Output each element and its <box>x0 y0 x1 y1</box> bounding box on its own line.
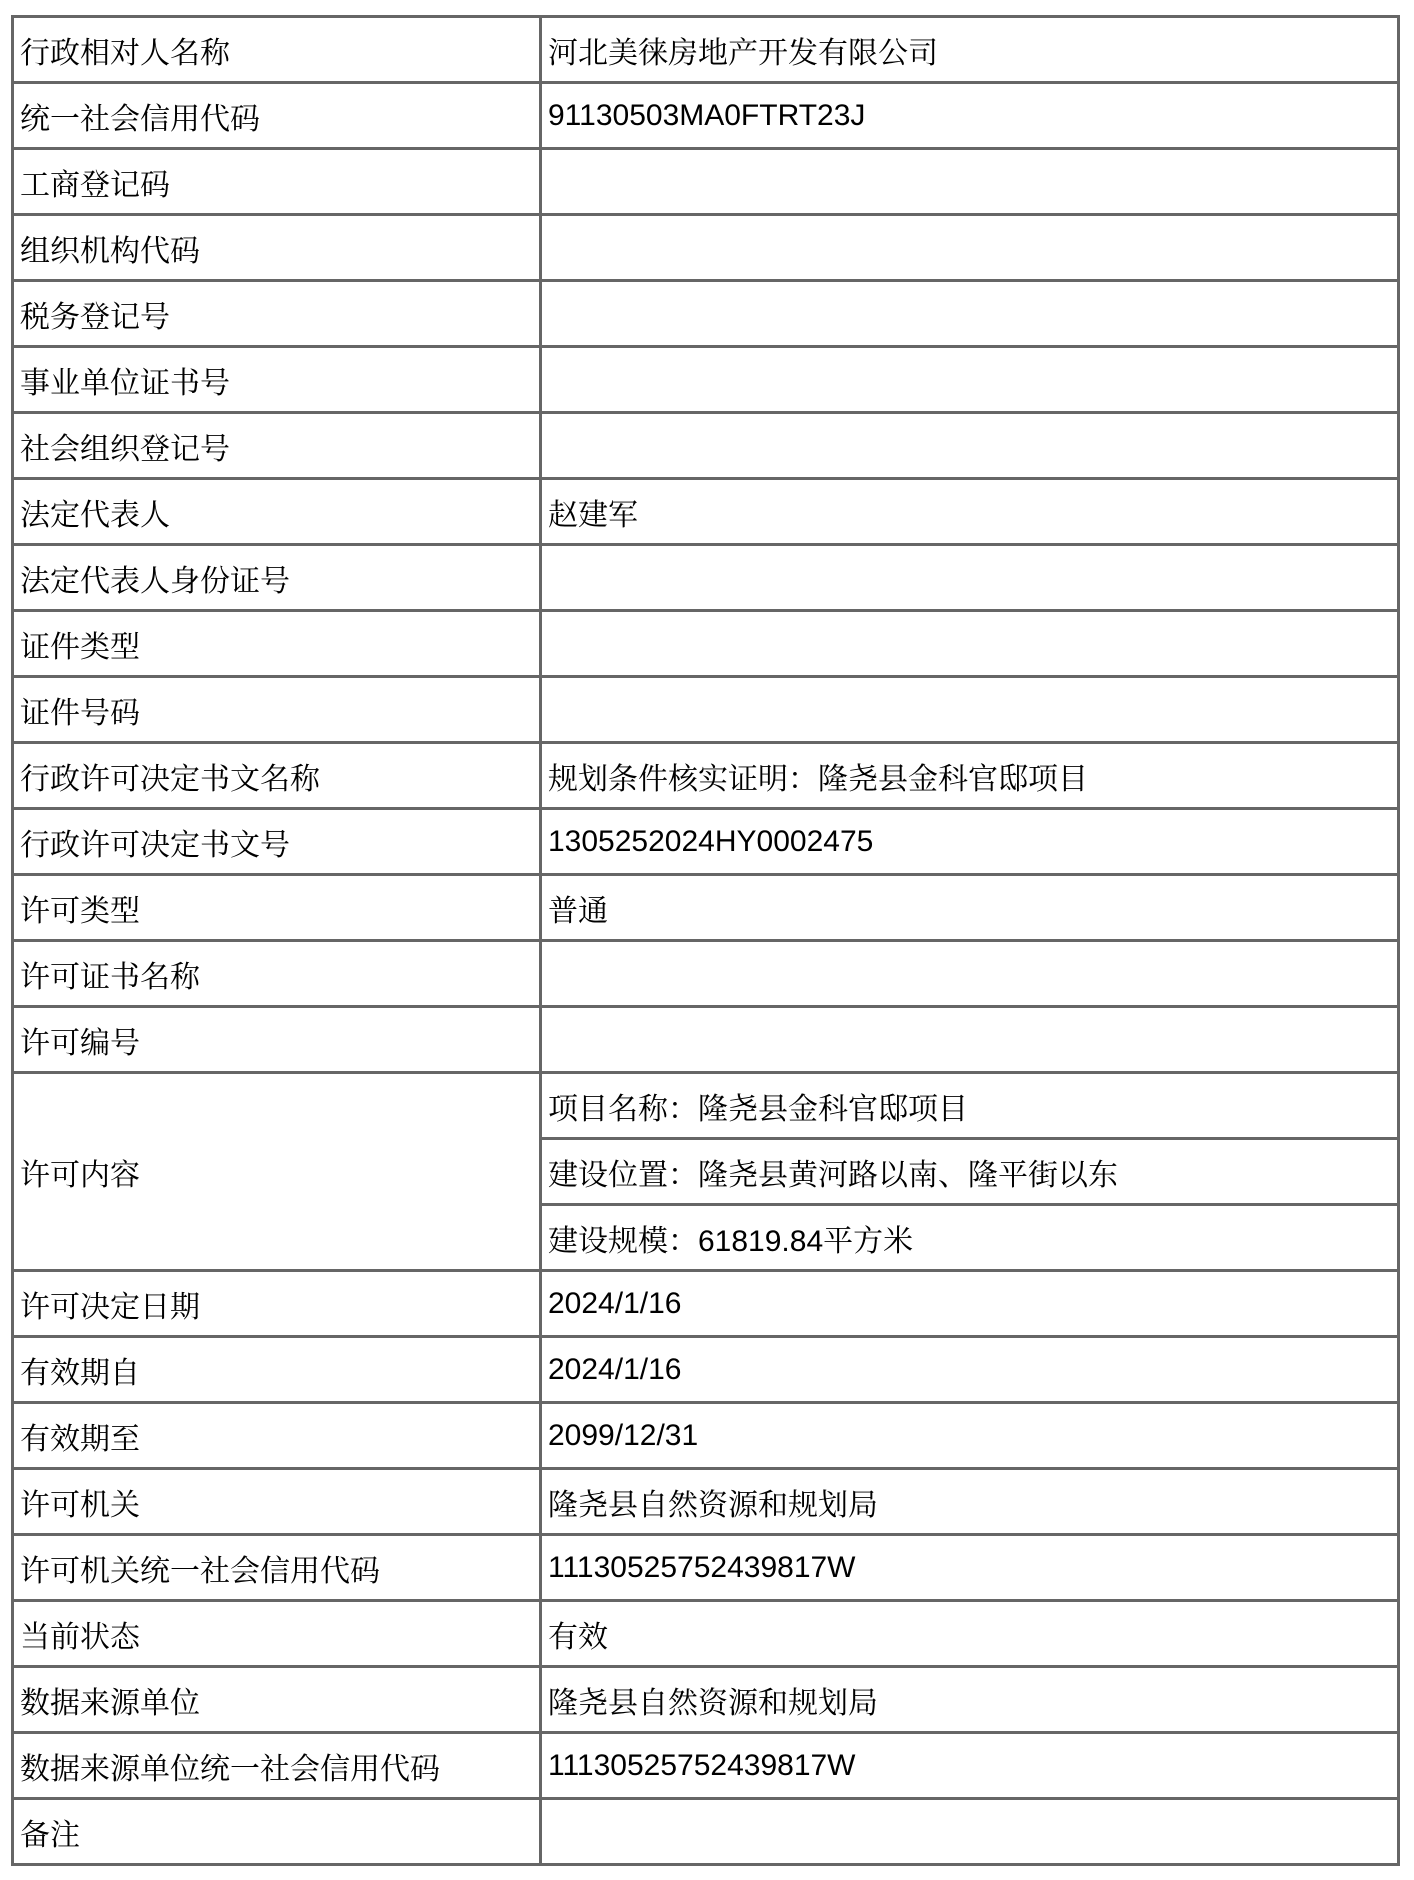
table-row-business-registration-code: 工商登记码 <box>13 149 1399 215</box>
table-row-certificate-type: 证件类型 <box>13 611 1399 677</box>
row-value: 规划条件核实证明：隆尧县金科官邸项目 <box>541 743 1399 809</box>
table-row-certificate-number: 证件号码 <box>13 677 1399 743</box>
row-value: 普通 <box>541 875 1399 941</box>
row-label: 事业单位证书号 <box>13 347 541 413</box>
table-row-licensing-authority-uscc: 许可机关统一社会信用代码 11130525752439817W <box>13 1535 1399 1601</box>
row-value: 1305252024HY0002475 <box>541 809 1399 875</box>
table-row-organization-code: 组织机构代码 <box>13 215 1399 281</box>
row-label: 法定代表人身份证号 <box>13 545 541 611</box>
license-info-table-container: 行政相对人名称 河北美徕房地产开发有限公司 统一社会信用代码 91130503M… <box>11 15 1397 1866</box>
row-value: 建设位置：隆尧县黄河路以南、隆平街以东 <box>541 1139 1399 1205</box>
row-value: 有效 <box>541 1601 1399 1667</box>
row-label: 数据来源单位统一社会信用代码 <box>13 1733 541 1799</box>
table-row-social-org-registration-no: 社会组织登记号 <box>13 413 1399 479</box>
table-row-license-certificate-name: 许可证书名称 <box>13 941 1399 1007</box>
table-row-public-institution-cert-no: 事业单位证书号 <box>13 347 1399 413</box>
row-label: 许可编号 <box>13 1007 541 1073</box>
table-row-licensing-authority: 许可机关 隆尧县自然资源和规划局 <box>13 1469 1399 1535</box>
row-label: 法定代表人 <box>13 479 541 545</box>
row-label: 许可决定日期 <box>13 1271 541 1337</box>
row-value <box>541 545 1399 611</box>
row-value: 赵建军 <box>541 479 1399 545</box>
row-value: 91130503MA0FTRT23J <box>541 83 1399 149</box>
row-label: 有效期自 <box>13 1337 541 1403</box>
row-value: 建设规模：61819.84平方米 <box>541 1205 1399 1271</box>
row-value <box>541 347 1399 413</box>
row-label: 许可证书名称 <box>13 941 541 1007</box>
row-label: 组织机构代码 <box>13 215 541 281</box>
table-row-tax-registration-number: 税务登记号 <box>13 281 1399 347</box>
table-row-valid-until: 有效期至 2099/12/31 <box>13 1403 1399 1469</box>
row-label: 数据来源单位 <box>13 1667 541 1733</box>
row-label: 行政许可决定书文号 <box>13 809 541 875</box>
row-label: 有效期至 <box>13 1403 541 1469</box>
table-row-valid-from: 有效期自 2024/1/16 <box>13 1337 1399 1403</box>
row-value <box>541 611 1399 677</box>
row-value <box>541 413 1399 479</box>
table-row-admin-party-name: 行政相对人名称 河北美徕房地产开发有限公司 <box>13 17 1399 83</box>
row-label: 当前状态 <box>13 1601 541 1667</box>
row-label: 备注 <box>13 1799 541 1865</box>
row-value: 隆尧县自然资源和规划局 <box>541 1469 1399 1535</box>
row-value <box>541 215 1399 281</box>
table-row-license-decision-doc-name: 行政许可决定书文名称 规划条件核实证明：隆尧县金科官邸项目 <box>13 743 1399 809</box>
row-value <box>541 677 1399 743</box>
table-row-current-status: 当前状态 有效 <box>13 1601 1399 1667</box>
row-value: 项目名称：隆尧县金科官邸项目 <box>541 1073 1399 1139</box>
table-row-unified-social-credit-code: 统一社会信用代码 91130503MA0FTRT23J <box>13 83 1399 149</box>
row-label: 许可内容 <box>13 1073 541 1271</box>
table-row-license-decision-doc-number: 行政许可决定书文号 1305252024HY0002475 <box>13 809 1399 875</box>
row-label: 许可机关统一社会信用代码 <box>13 1535 541 1601</box>
row-value: 2024/1/16 <box>541 1337 1399 1403</box>
table-row-legal-representative: 法定代表人 赵建军 <box>13 479 1399 545</box>
row-value <box>541 281 1399 347</box>
table-row-legal-representative-id-no: 法定代表人身份证号 <box>13 545 1399 611</box>
row-label: 税务登记号 <box>13 281 541 347</box>
license-info-table: 行政相对人名称 河北美徕房地产开发有限公司 统一社会信用代码 91130503M… <box>11 15 1400 1866</box>
row-value <box>541 941 1399 1007</box>
row-label: 证件类型 <box>13 611 541 677</box>
row-label: 行政许可决定书文名称 <box>13 743 541 809</box>
row-value <box>541 1007 1399 1073</box>
table-row-license-number: 许可编号 <box>13 1007 1399 1073</box>
row-label: 行政相对人名称 <box>13 17 541 83</box>
row-value: 2024/1/16 <box>541 1271 1399 1337</box>
row-value <box>541 149 1399 215</box>
row-value: 河北美徕房地产开发有限公司 <box>541 17 1399 83</box>
row-value: 2099/12/31 <box>541 1403 1399 1469</box>
table-row-license-content: 许可内容 项目名称：隆尧县金科官邸项目 <box>13 1073 1399 1139</box>
row-label: 社会组织登记号 <box>13 413 541 479</box>
row-value: 隆尧县自然资源和规划局 <box>541 1667 1399 1733</box>
row-label: 统一社会信用代码 <box>13 83 541 149</box>
table-row-data-source-unit-uscc: 数据来源单位统一社会信用代码 11130525752439817W <box>13 1733 1399 1799</box>
table-row-license-decision-date: 许可决定日期 2024/1/16 <box>13 1271 1399 1337</box>
table-row-data-source-unit: 数据来源单位 隆尧县自然资源和规划局 <box>13 1667 1399 1733</box>
row-value: 11130525752439817W <box>541 1535 1399 1601</box>
table-row-license-type: 许可类型 普通 <box>13 875 1399 941</box>
row-label: 许可类型 <box>13 875 541 941</box>
row-label: 许可机关 <box>13 1469 541 1535</box>
row-value: 11130525752439817W <box>541 1733 1399 1799</box>
table-row-remarks: 备注 <box>13 1799 1399 1865</box>
row-label: 证件号码 <box>13 677 541 743</box>
row-value <box>541 1799 1399 1865</box>
row-label: 工商登记码 <box>13 149 541 215</box>
